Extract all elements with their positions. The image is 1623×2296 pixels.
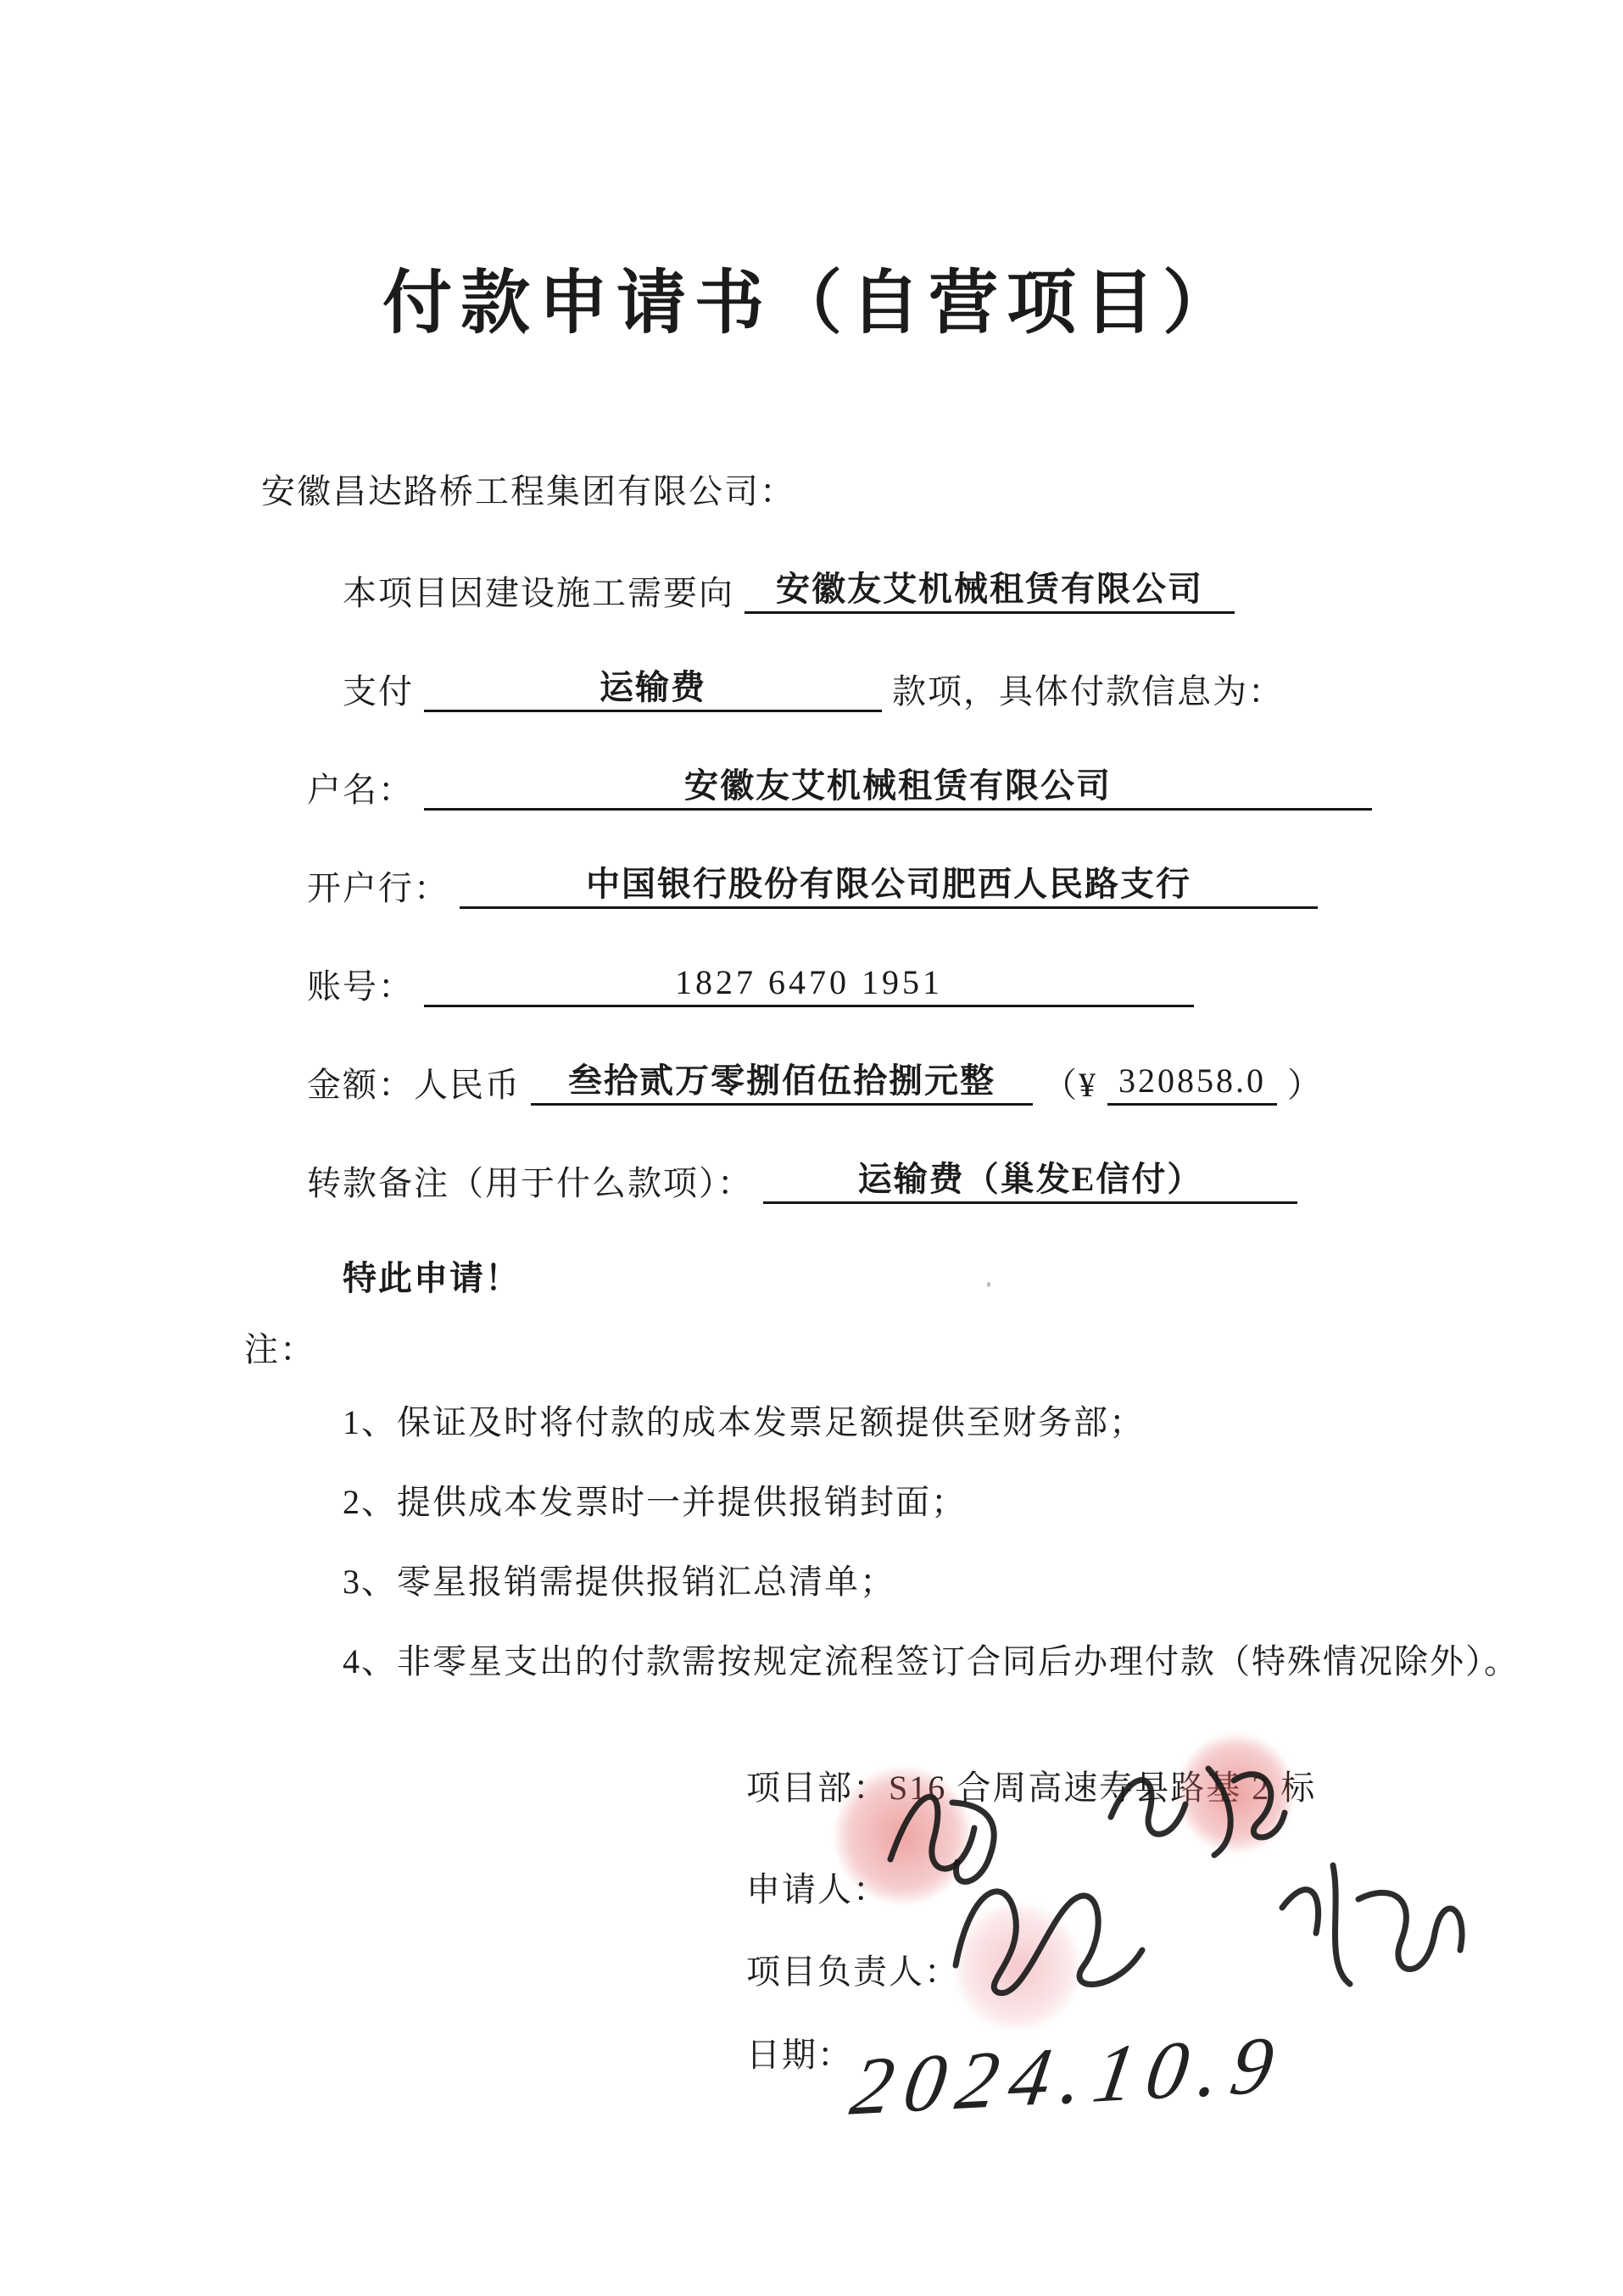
amount-paren-open: （¥ — [1043, 1066, 1097, 1104]
page-title: 付款申请书（自营项目） — [0, 248, 1623, 347]
manager-label: 项目负责人： — [746, 1952, 960, 1992]
remark-value-underline: 运输费（巢发E信付） — [763, 1158, 1297, 1204]
date-label: 日期： — [746, 2035, 853, 2076]
scan-speck — [987, 1282, 990, 1287]
apply-statement: 特此申请！ — [343, 1258, 521, 1299]
remark-line: 转款备注（用于什么款项）： 运输费（巢发E信付） — [307, 1158, 1297, 1204]
amount-words-underline: 叁拾贰万零捌佰伍拾捌元整 — [531, 1060, 1033, 1106]
pay-line: 支付 运输费 款项，具体付款信息为： — [343, 666, 1284, 712]
field-bank: 开户行： 中国银行股份有限公司肥西人民路支行 — [307, 863, 1318, 909]
pay-suffix: 款项，具体付款信息为： — [892, 672, 1284, 711]
account-number-value: 1827 6470 1951 — [424, 961, 1194, 1007]
note-label: 注： — [244, 1329, 315, 1370]
note-item-3: 3、零星报销需提供报销汇总清单； — [343, 1562, 895, 1602]
amount-line: 金额：人民币 叁拾贰万零捌佰伍拾捌元整 （¥ 320858.0 ） — [307, 1060, 1323, 1106]
field-label: 开户行： — [307, 869, 449, 907]
note-item-4: 4、非零星支出的付款需按规定流程签订合同后办理付款（特殊情况除外）。 — [343, 1641, 1520, 1682]
need-line: 本项目因建设施工需要向 安徽友艾机械租赁有限公司 — [343, 568, 1235, 614]
field-account-number: 账号： 1827 6470 1951 — [307, 961, 1194, 1007]
note-item-1: 1、保证及时将付款的成本发票足额提供至财务部； — [343, 1402, 1145, 1443]
amount-numeric-underline: 320858.0 — [1107, 1060, 1277, 1106]
handwritten-date: 2024.10.9 — [845, 2016, 1291, 2134]
need-prefix: 本项目因建设施工需要向 — [343, 574, 734, 612]
pay-prefix: 支付 — [343, 672, 414, 711]
bank-value: 中国银行股份有限公司肥西人民路支行 — [460, 863, 1318, 909]
manager-signature-1 — [945, 1864, 1208, 2012]
recipient-line: 安徽昌达路桥工程集团有限公司： — [261, 471, 795, 512]
field-label: 户名： — [307, 771, 414, 809]
field-label: 账号： — [307, 967, 414, 1006]
amount-label: 金额：人民币 — [307, 1066, 521, 1104]
note-item-2: 2、提供成本发票时一并提供报销封面； — [343, 1482, 967, 1523]
field-account-name: 户名： 安徽友艾机械租赁有限公司 — [307, 765, 1372, 811]
payment-request-document: 付款申请书（自营项目） 安徽昌达路桥工程集团有限公司： 本项目因建设施工需要向 … — [0, 0, 1623, 2296]
remark-label: 转款备注（用于什么款项）： — [307, 1164, 753, 1202]
applicant-signature-2 — [1102, 1745, 1348, 1872]
account-name-value: 安徽友艾机械租赁有限公司 — [424, 765, 1372, 811]
manager-signature-2 — [1272, 1855, 1501, 2003]
payee-underline: 安徽友艾机械租赁有限公司 — [745, 568, 1235, 614]
amount-paren-close: ） — [1287, 1066, 1323, 1104]
pay-item-underline: 运输费 — [424, 666, 882, 712]
